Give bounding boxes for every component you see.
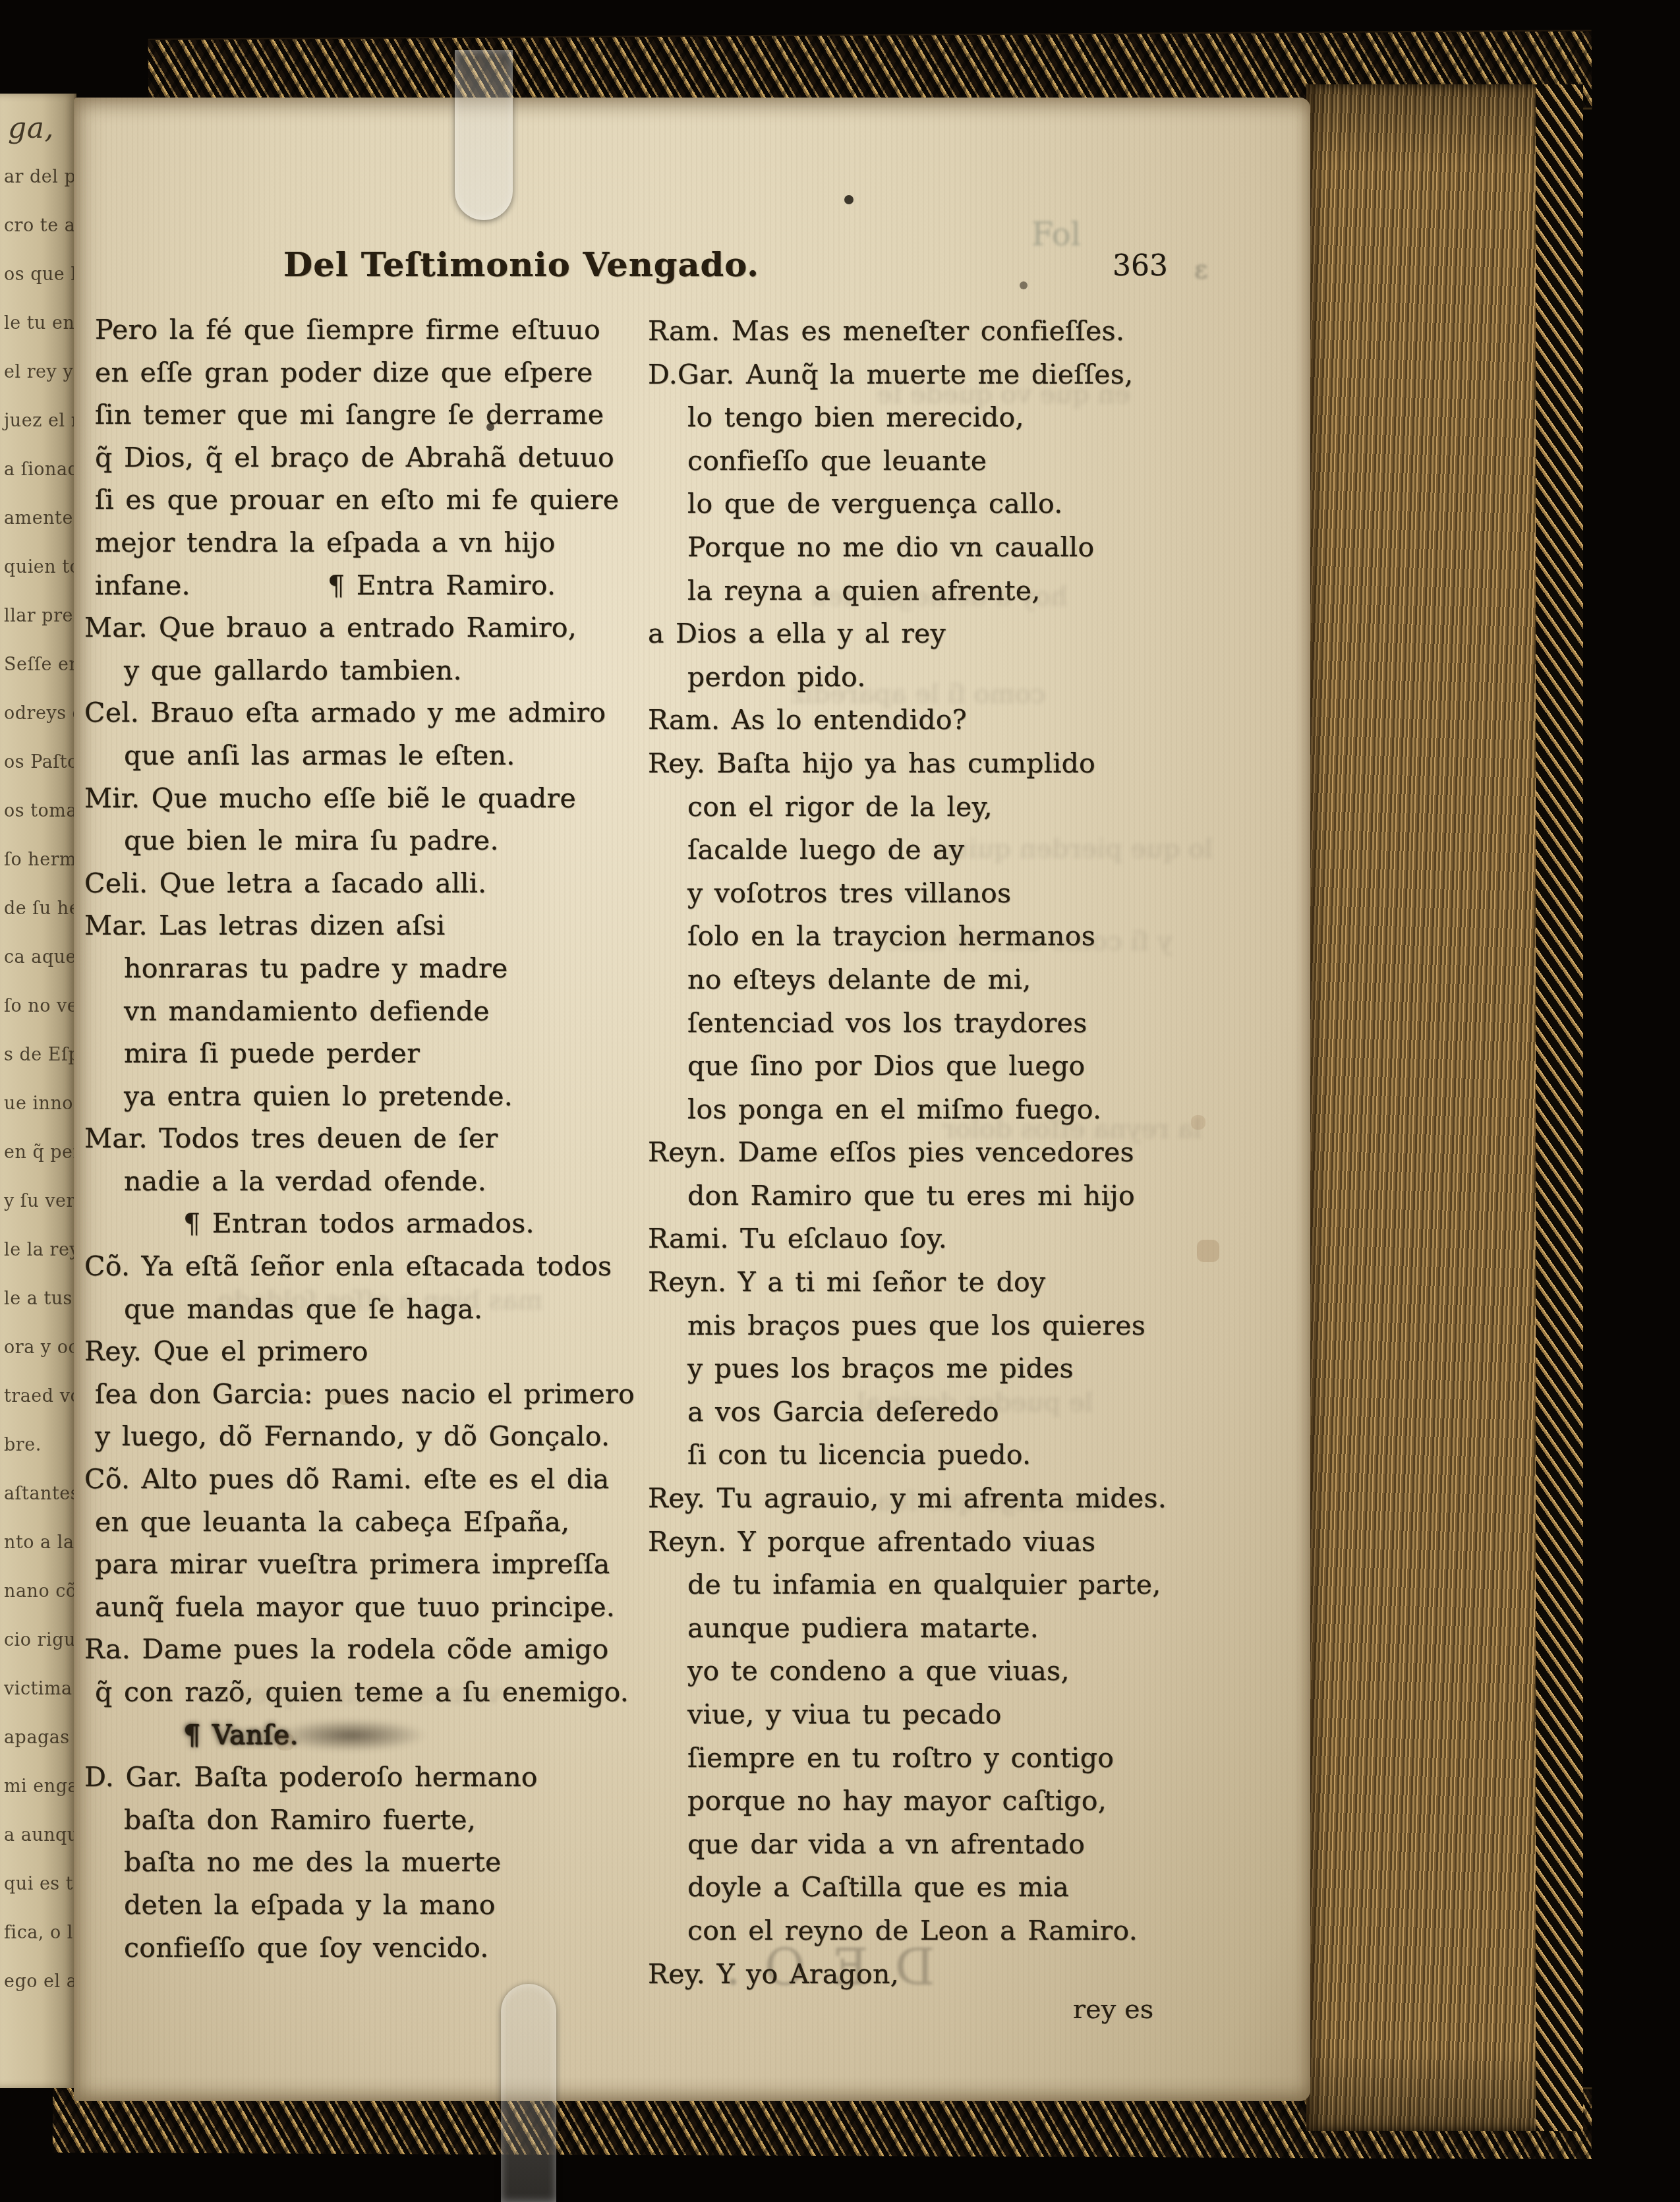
verse-line: y pues los braços me pides [648,1347,1270,1391]
verse-line: baſta no me des la muerte [84,1841,633,1884]
verse-line: Cõ. Ya eſtã ſeñor enla eſtacada todos [84,1245,633,1288]
verse-line: con el reyno de Leon a Ramiro. [648,1909,1270,1953]
edge-text-fragment: llar preſete al [0,592,76,641]
edge-text-fragment: nano cõ ſus ojo [0,1567,76,1616]
verse-line: mis braços pues que los quieres [648,1304,1270,1348]
verse-line: en que leuanta la cabeça Eſpaña, [84,1501,633,1544]
verse-line: q̃ con razõ, quien teme a ſu enemigo. [84,1671,633,1714]
verse-line: vn mandamiento defiende [84,990,633,1033]
edge-text-fragment: Seſſe en las p [0,641,76,689]
verse-line: mejor tendra la eſpada a vn hijo [84,521,633,564]
edge-text-fragment: a aunque p [0,1811,76,1860]
edge-text-fragment: ego el amor [0,1957,76,2006]
book-photograph: ga,ar del prepcro te armos que las armle… [0,0,1680,2202]
verse-line: Rey. Tu agrauio, y mi afrenta mides. [648,1477,1270,1521]
edge-text-fragment: qui es tan d [0,1860,76,1909]
verse-line: doyle a Caſtilla que es mia [648,1866,1270,1909]
bleedthrough-text: ɛ [1194,254,1208,285]
verse-line: don Ramiro que tu eres mi hijo [648,1174,1270,1218]
edge-text-fragment: odreys dezir q̃ [0,689,76,738]
left-page-edges: ga,ar del prepcro te armos que las armle… [0,94,76,2088]
verse-line: ¶ Entran todos armados. [84,1202,633,1245]
verse-line: aunque pudiera matarte. [648,1607,1270,1650]
edge-text-fragment: de ſu heroyca [0,884,76,933]
page-holder-clamp-bottom [501,1984,556,2202]
edge-text-fragment: le tu entierro. [0,299,76,348]
verse-line: Ram. Mas es meneſter confieſſes. [648,310,1270,353]
verse-line: y voſotros tres villanos [648,872,1270,915]
edge-text-fragment: y ſu verdad ſer [0,1177,76,1226]
edge-text-fragment: os que las arm [0,250,76,299]
page-number: 363 [1113,249,1168,283]
edge-text-fragment: le a tus pies ven [0,1275,76,1323]
verse-line: Rami. Tu eſclauo ſoy. [648,1217,1270,1261]
verse-line: ſentenciad vos los traydores [648,1002,1270,1045]
gilded-fore-edge [1306,84,1583,2131]
verse-line: ſacalde luego de ay [648,828,1270,872]
verse-line: Rey. Y yo Aragon, [648,1953,1270,1996]
verse-line: y que gallardo tambien. [84,649,633,692]
verse-line: ¶ Vanſe. [84,1714,633,1756]
verse-line: Mar. Que brauo a entrado Ramiro, [84,606,633,649]
edge-text-fragment: el rey y dol [0,348,76,397]
verse-line: lo que de verguença callo. [648,482,1270,526]
edge-text-fragment: bre. [0,1421,76,1470]
verse-line: aunq̃ fuela mayor que tuuo principe. [84,1586,633,1629]
verse-line: ſi es que prouar en eſto mi fe quiere [84,478,633,521]
verse-line: ſi con tu licencia puedo. [648,1434,1270,1477]
verse-line: Rey. Baſta hijo ya has cumplido [648,742,1270,786]
verse-line: que mandas que ſe haga. [84,1288,633,1331]
verse-line: la reyna a quien afrente, [648,569,1270,613]
verse-line: Rey. Que el primero [84,1330,633,1373]
bleedthrough-text: Fol [1031,216,1081,253]
edge-text-fragment: aſtantes haze [0,1470,76,1519]
verse-line: porque no hay mayor caſtigo, [648,1780,1270,1823]
verse-line: mira ſi puede perder [84,1032,633,1075]
verse-line: D. Gar. Baſta poderoſo hermano [84,1756,633,1799]
left-text-column: Pero la fé que ſiempre firme eſtuuoen eſ… [84,308,633,1969]
verse-line: Ra. Dame pues la rodela cõde amigo [84,1628,633,1671]
verse-line: lo tengo bien merecido, [648,396,1270,440]
edge-text-fragment: le la reyna. [0,1226,76,1275]
edge-text-fragment: en q̃ permita [0,1128,76,1177]
edge-text-fragment: amente deſus [0,494,76,543]
verse-line: ſin temer que mi ſangre ſe derrame [84,393,633,436]
verse-line: y luego, dõ Fernando, y dõ Gonçalo. [84,1415,633,1458]
ink-specks [0,0,4,4]
edge-text-fragment: victima inoce [0,1665,76,1714]
verse-line: ya entra quien lo pretende. [84,1075,633,1118]
edge-text-fragment: juez el miſm [0,397,76,446]
verse-line: para mirar vueſtra primera impreſſa [84,1543,633,1586]
verse-line: que bien le mira ſu padre. [84,819,633,862]
verse-line: a vos Garcia deſeredo [648,1391,1270,1434]
edge-text-fragment: ga, [0,104,76,153]
verse-line: q̃ Dios, q̃ el braço de Abrahã detuuo [84,436,633,479]
edge-text-fragment: os Paſtores y C [0,738,76,787]
edge-text-fragment: cio riguroſo [0,1616,76,1665]
verse-line: a Dios a ella y al rey [648,612,1270,656]
edge-text-fragment: os tomad lugar [0,787,76,836]
verse-line: confieſſo que leuante [648,440,1270,483]
verse-line: Pero la fé que ſiempre firme eſtuuo [84,308,633,351]
edge-text-fragment: fica, o lo con [0,1909,76,1957]
verse-line: Porque no me dio vn cauallo [648,526,1270,569]
verse-line: ſiempre en tu roſtro y contigo [648,1737,1270,1780]
verse-line: Reyn. Y porque afrentado viuas [648,1521,1270,1564]
verse-line: Reyn. Y a ti mi ſeñor te doy [648,1261,1270,1304]
edge-text-fragment: mi engañado [0,1762,76,1811]
verse-line: Mar. Las letras dizen aſsi [84,904,633,947]
edge-text-fragment: cro te arm [0,202,76,250]
verse-line: Cõ. Alto pues dõ Rami. eſte es el dia [84,1458,633,1501]
verse-line: confieſſo que ſoy vencido. [84,1927,633,1969]
verse-line: de tu infamia en qualquier parte, [648,1563,1270,1607]
verse-line: yo te condeno a que viuas, [648,1650,1270,1693]
verse-line: baſta don Ramiro fuerte, [84,1799,633,1841]
verse-line: Mir. Que mucho eſſe biẽ le quadre [84,777,633,820]
edge-text-fragment: traed voſotros [0,1372,76,1421]
verse-line: deten la eſpada y la mano [84,1884,633,1927]
edge-text-fragment: ue innocente [0,1080,76,1128]
edge-text-fragment: ſo hermano v [0,836,76,884]
verse-line: infane. ¶ Entra Ramiro. [84,564,633,607]
verse-line: Cel. Brauo eſta armado y me admiro [84,691,633,734]
verse-line: Ram. As lo entendido? [648,699,1270,742]
verse-line: con el rigor de la ley, [648,786,1270,829]
verse-line: nadie a la verdad ofende. [84,1160,633,1203]
edge-text-fragment: s de Eſpaña el [0,1031,76,1080]
edge-text-fragment: a ſionado mal [0,446,76,494]
edge-text-fragment: ar del prep [0,153,76,202]
edge-text-fragment: nto a la vẽgaça [0,1519,76,1567]
edge-text-fragment: apagas la grã [0,1714,76,1762]
verse-line: D.Gar. Aunq̃ la muerte me dieſſes, [648,353,1270,397]
verse-line: en eſſe gran poder dize que eſpere [84,351,633,394]
right-text-column: Ram. Mas es meneſter confieſſes.D.Gar. A… [648,310,1270,1996]
verse-line: que anſi las armas le eſten. [84,734,633,777]
edge-text-fragment: ſo no vence [0,982,76,1031]
verse-line: ſea don Garcia: pues nacio el primero [84,1373,633,1416]
verse-line: honraras tu padre y madre [84,947,633,990]
verse-line: Reyn. Dame eſſos pies vencedores [648,1131,1270,1174]
verse-line: Mar. Todos tres deuen de ſer [84,1117,633,1160]
verse-line: ſolo en la traycion hermanos [648,915,1270,958]
verse-line: no eſteys delante de mi, [648,958,1270,1002]
running-head-title: Del Teſtimonio Vengado. [283,245,759,285]
edge-text-fragment: ora y ocupad el [0,1323,76,1372]
edge-text-fragment: quien toca la [0,543,76,592]
page-holder-clamp-top [455,50,513,220]
verse-line: que ſino por Dios que luego [648,1045,1270,1088]
edge-text-fragment: ca aquella leña [0,933,76,982]
verse-line: viue, y viua tu pecado [648,1693,1270,1737]
verse-line: Celi. Que letra a ſacado alli. [84,862,633,905]
verse-line: los ponga en el miſmo fuego. [648,1088,1270,1132]
verse-line: que dar vida a vn afrentado [648,1823,1270,1867]
catchword: rey es [1073,1994,1153,2025]
verse-line: perdon pido. [648,656,1270,699]
